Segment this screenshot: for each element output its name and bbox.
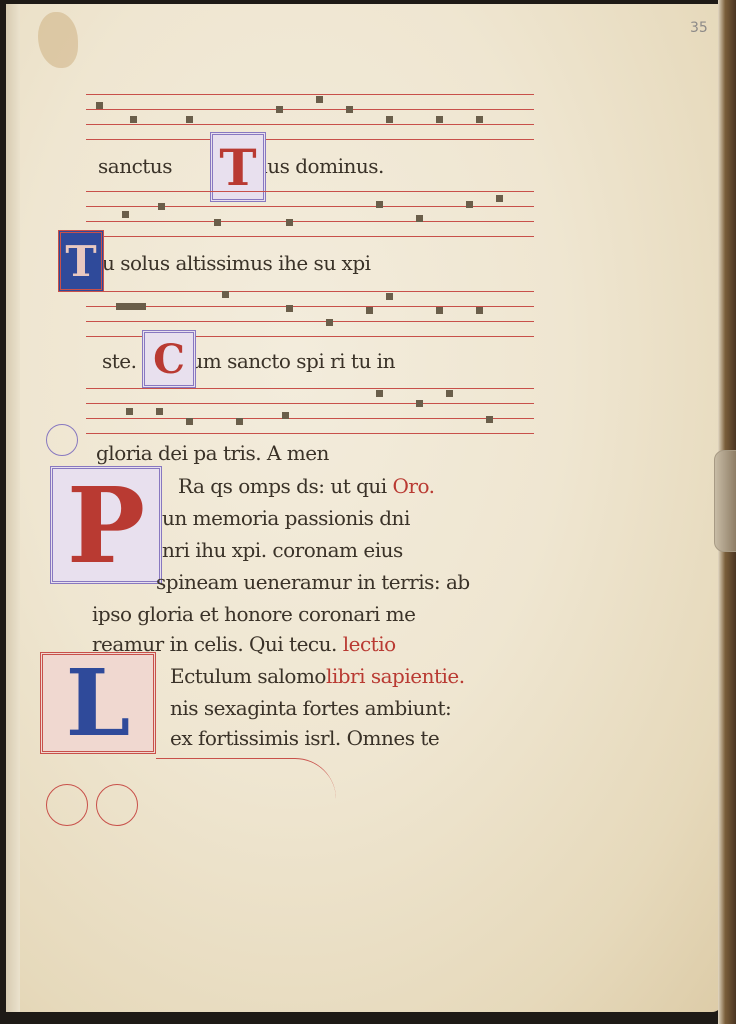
text-line-1: Ra qs omps ds: ut qui Oro.: [178, 474, 435, 498]
page-tab: [714, 450, 736, 552]
folio-number: 35: [690, 20, 708, 36]
pen-flourish: [96, 784, 138, 826]
pen-flourish-violet: [46, 424, 78, 456]
text-line-5: ipso gloria et honore coronari me: [92, 602, 415, 626]
decorated-initial-P: P: [50, 466, 162, 584]
manuscript-page: 35 sanctus u solus dominus. T u solus al…: [6, 4, 722, 1012]
music-staff-4: [86, 388, 534, 436]
text-line-8: nis sexaginta fortes ambiunt:: [170, 696, 451, 720]
lyric-line-2: u solus altissimus ihe su xpi: [102, 251, 371, 275]
gutter: [6, 4, 20, 1012]
water-stain: [38, 12, 78, 68]
decorated-initial-C: C: [142, 330, 196, 388]
text-line-7: Ectulum salomolibri sapientie.: [170, 664, 465, 688]
text-line-2: un memoria passionis dni: [162, 506, 410, 530]
lyric-line-4: gloria dei pa tris. A men: [96, 441, 329, 465]
text-line-4: spineam ueneramur in terris: ab: [156, 570, 470, 594]
decorated-initial-L: L: [40, 652, 156, 754]
pen-flourish-tail: [156, 758, 336, 799]
text-line-9: ex fortissimis isrl. Omnes te: [170, 726, 439, 750]
text-line-3: nri ihu xpi. coronam eius: [162, 538, 403, 562]
decorated-initial-T-blue: T: [58, 230, 104, 292]
pen-flourish: [46, 784, 88, 826]
music-staff-2: [86, 191, 534, 239]
music-staff-1: [86, 94, 534, 142]
